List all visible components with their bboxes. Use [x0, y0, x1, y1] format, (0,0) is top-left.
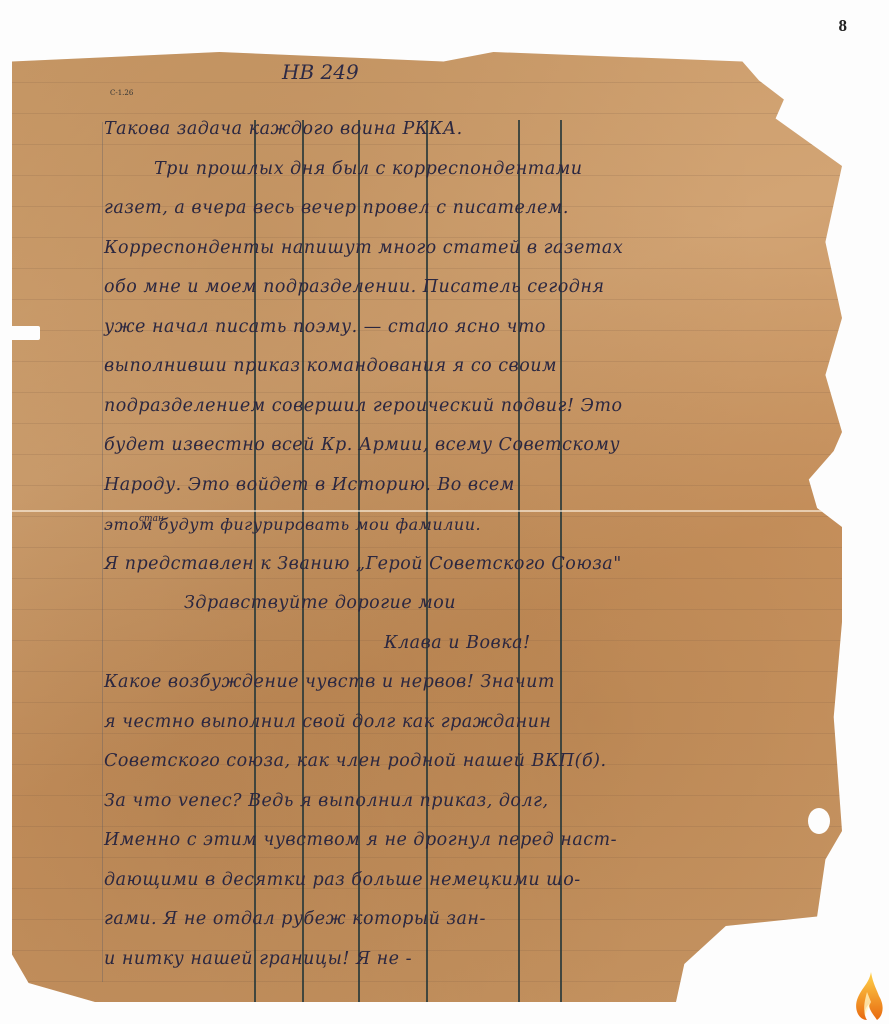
letter-line: Именно с этим чувством я не дрогнул пере…	[104, 821, 834, 861]
paper-tear	[0, 326, 40, 340]
letter-line: выполнивши приказ командования я со свои…	[104, 347, 834, 387]
margin-line	[102, 122, 103, 982]
letter-line: Три прошлых дня был с корреспондентами	[104, 150, 834, 190]
letter-body: Такова задача каждого воина РККА. Три пр…	[104, 110, 834, 979]
letter-line: Здравствуйте дорогие мои	[104, 584, 834, 624]
letter-paper: НВ 249 C-1.26 стан Такова задача каждого…	[12, 52, 842, 1002]
letter-line: Народу. Это войдет в Историю. Во всем	[104, 466, 834, 506]
letter-line: газет, а вчера весь вечер провел с писат…	[104, 189, 834, 229]
letter-line: Клава и Вовка!	[104, 624, 834, 664]
letter-line: Я представлен к Званию „Герой Советского…	[104, 545, 834, 585]
paper-hole	[808, 808, 830, 834]
letter-line: За что venec? Ведь я выполнил приказ, до…	[104, 782, 834, 822]
letter-line: дающими в десятки раз больше немецкими ш…	[104, 861, 834, 901]
page-number: 8	[839, 16, 848, 36]
flame-icon	[849, 970, 885, 1022]
letter-line: и нитку нашей границы! Я не -	[104, 940, 834, 980]
letter-line: Советского союза, как член родной нашей …	[104, 742, 834, 782]
letter-line: будет известно всей Кр. Армии, всему Сов…	[104, 426, 834, 466]
letter-line: Какое возбуждение чувств и нервов! Значи…	[104, 663, 834, 703]
letter-line: Корреспонденты напишут много статей в га…	[104, 229, 834, 269]
letter-line: гами. Я не отдал рубеж который зан-	[104, 900, 834, 940]
letter-line: обо мне и моем подразделении. Писатель с…	[104, 268, 834, 308]
letter-line: Такова задача каждого воина РККА.	[104, 110, 834, 150]
letter-line: подразделением совершил героический подв…	[104, 387, 834, 427]
letter-line: я честно выполнил свой долг как граждани…	[104, 703, 834, 743]
letter-line: этом будут фигурировать мои фамилии.	[104, 505, 834, 545]
letter-line: уже начал писать поэму. — стало ясно что	[104, 308, 834, 348]
paper-stamp: C-1.26	[110, 89, 133, 97]
letter-header-code: НВ 249	[282, 60, 359, 84]
